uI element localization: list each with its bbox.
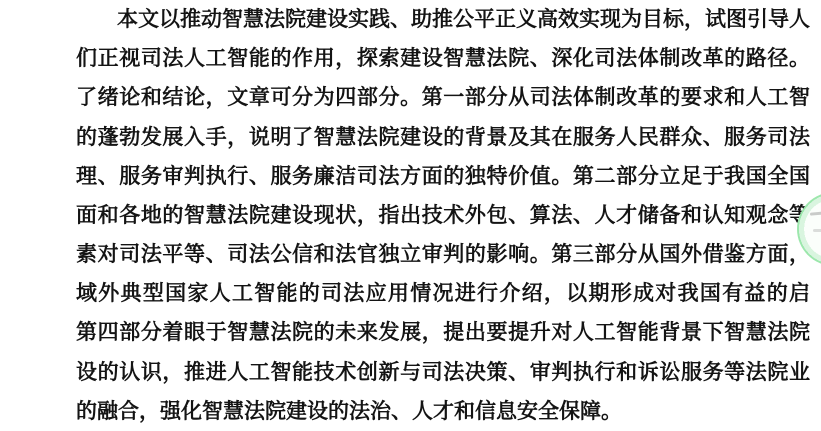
paragraph-line: 素对司法平等、司法公信和法官独立审判的影响。第三部分从国外借鉴方面，对 <box>76 235 810 274</box>
paragraph-line: 理、服务审判执行、服务廉洁司法方面的独特价值。第二部分立足于我国全国层 <box>76 157 810 196</box>
watermark-dash <box>810 211 821 215</box>
paragraph-line: 了绪论和结论，文章可分为四部分。第一部分从司法体制改革的要求和人工智能 <box>76 78 810 117</box>
paragraph-line: 域外典型国家人工智能的司法应用情况进行介绍，以期形成对我国有益的启示。 <box>76 274 810 313</box>
paragraph-line: 的融合，强化智慧法院建设的法治、人才和信息安全保障。 <box>76 392 810 431</box>
paragraph-line: 第四部分着眼于智慧法院的未来发展，提出要提升对人工智能背景下智慧法院建 <box>76 313 810 352</box>
paragraph-line: 本文以推动智慧法院建设实践、助推公平正义高效实现为目标，试图引导人 <box>76 0 810 39</box>
paragraph-line: 们正视司法人工智能的作用，探索建设智慧法院、深化司法体制改革的路径。除 <box>76 39 810 78</box>
document-page: 本文以推动智慧法院建设实践、助推公平正义高效实现为目标，试图引导人们正视司法人工… <box>0 0 821 431</box>
watermark-dash <box>813 229 821 232</box>
paragraph-line: 设的认识，推进人工智能技术创新与司法决策、审判执行和诉讼服务等法院业务 <box>76 353 810 392</box>
paragraph-line: 面和各地的智慧法院建设现状，指出技术外包、算法、人才储备和认知观念等因 <box>76 196 810 235</box>
paragraph-line: 的蓬勃发展入手，说明了智慧法院建设的背景及其在服务人民群众、服务司法管 <box>76 118 810 157</box>
abstract-paragraph: 本文以推动智慧法院建设实践、助推公平正义高效实现为目标，试图引导人们正视司法人工… <box>76 0 810 431</box>
